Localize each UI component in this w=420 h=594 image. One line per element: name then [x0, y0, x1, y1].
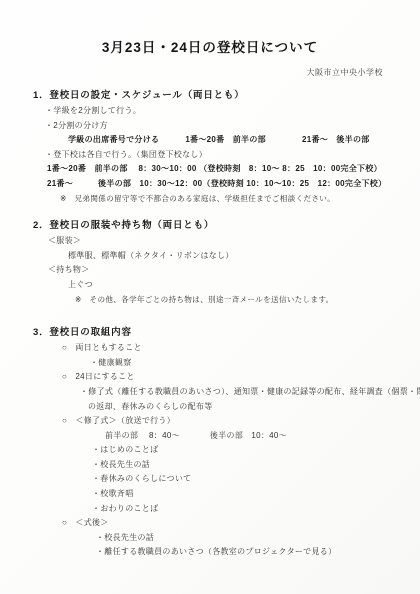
- ceremony-time-first-half: 前半の部 8：40～: [105, 429, 180, 444]
- after-ceremony-item-principal-talk: ・校長先生の話: [96, 531, 420, 546]
- section1-heading: 1．登校日の設定・スケジュール（両日とも）: [33, 88, 420, 104]
- ceremony-label: ○ ＜修了式＞（放送で行う）: [62, 414, 420, 429]
- ceremony-item-spring-break-life: ・春休みのくらしについて: [92, 472, 420, 487]
- section1-split-rule-line: 学級の出席番号で分ける 1番～20番 前半の部 21番～ 後半の部: [68, 133, 420, 148]
- ceremony-item-school-song: ・校歌斉唱: [92, 487, 420, 502]
- both-days-item-health-check: ・健康観察: [90, 356, 420, 371]
- day24-label: ○ 24日にすること: [62, 370, 420, 385]
- section1-schedule-first: 1番～20番 前半の部 8：30～10：00 （登校時刻 8：10～ 8：25 …: [47, 162, 420, 177]
- school-name: 大阪市立中央小学校: [0, 67, 420, 78]
- ceremony-item-closing-words: ・おわりのことば: [92, 502, 420, 517]
- section1-note: ※ 兄弟関係の留守等で不都合のある家庭は、学級担任までご相談ください。: [60, 192, 420, 207]
- day24-detail-line2: の返却、春休みのくらしの配布等: [88, 400, 420, 415]
- section1-schedule-second: 21番～ 後半の部 10：30～12：00（登校時刻 10：10～10：25 1…: [47, 177, 420, 192]
- both-days-label: ○ 両日ともすること: [62, 341, 420, 356]
- section2-belongings-label: ＜持ち物＞: [48, 263, 420, 278]
- section2-clothes-label: ＜服装＞: [48, 234, 420, 249]
- section2-note: ※ その他、各学年ごとの持ち物は、別途一斉メールを送信いたします。: [75, 293, 420, 308]
- ceremony-time-second-half: 後半の部 10：40～: [210, 429, 287, 444]
- after-ceremony-item-farewell-greetings: ・離任する教職員のあいさつ（各教室のプロジェクターで見る）: [96, 545, 420, 560]
- section1-bullet-split-method: ・2分割の分け方: [45, 119, 420, 134]
- ceremony-item-principal-talk: ・校長先生の話: [92, 458, 420, 473]
- ceremony-item-opening-words: ・はじめのことば: [92, 443, 420, 458]
- section2-heading: 2．登校日の服装や持ち物（両日とも）: [33, 218, 420, 234]
- section2-clothes-item: 標準服、標準帽（ネクタイ・リボンはなし）: [68, 249, 420, 264]
- after-ceremony-label: ○ ＜式後＞: [62, 516, 420, 531]
- section2-belongings-item: 上ぐつ: [68, 278, 420, 293]
- day24-detail-line1: ・修了式（離任する教職員のあいさつ）、通知票・健康の記録等の配布、経年調査（個票…: [80, 385, 420, 400]
- document-title: 3月23日・24日の登校日について: [0, 0, 420, 56]
- section1-bullet-commute: ・登下校は各自で行う。（集団登下校なし）: [45, 148, 420, 163]
- split-rule-label: 学級の出席番号で分ける: [68, 133, 159, 148]
- section3-heading: 3．登校日の取組内容: [33, 325, 420, 341]
- split-rule-first-half: 1番～20番 前半の部: [185, 133, 266, 148]
- section1-bullet-split: ・学級を2分割して行う。: [45, 104, 420, 119]
- split-rule-second-half: 21番～ 後半の部: [302, 133, 370, 148]
- ceremony-time-line: 前半の部 8：40～ 後半の部 10：40～: [105, 429, 420, 444]
- scanned-notice-page: 3月23日・24日の登校日について 大阪市立中央小学校 1．登校日の設定・スケジ…: [0, 0, 420, 594]
